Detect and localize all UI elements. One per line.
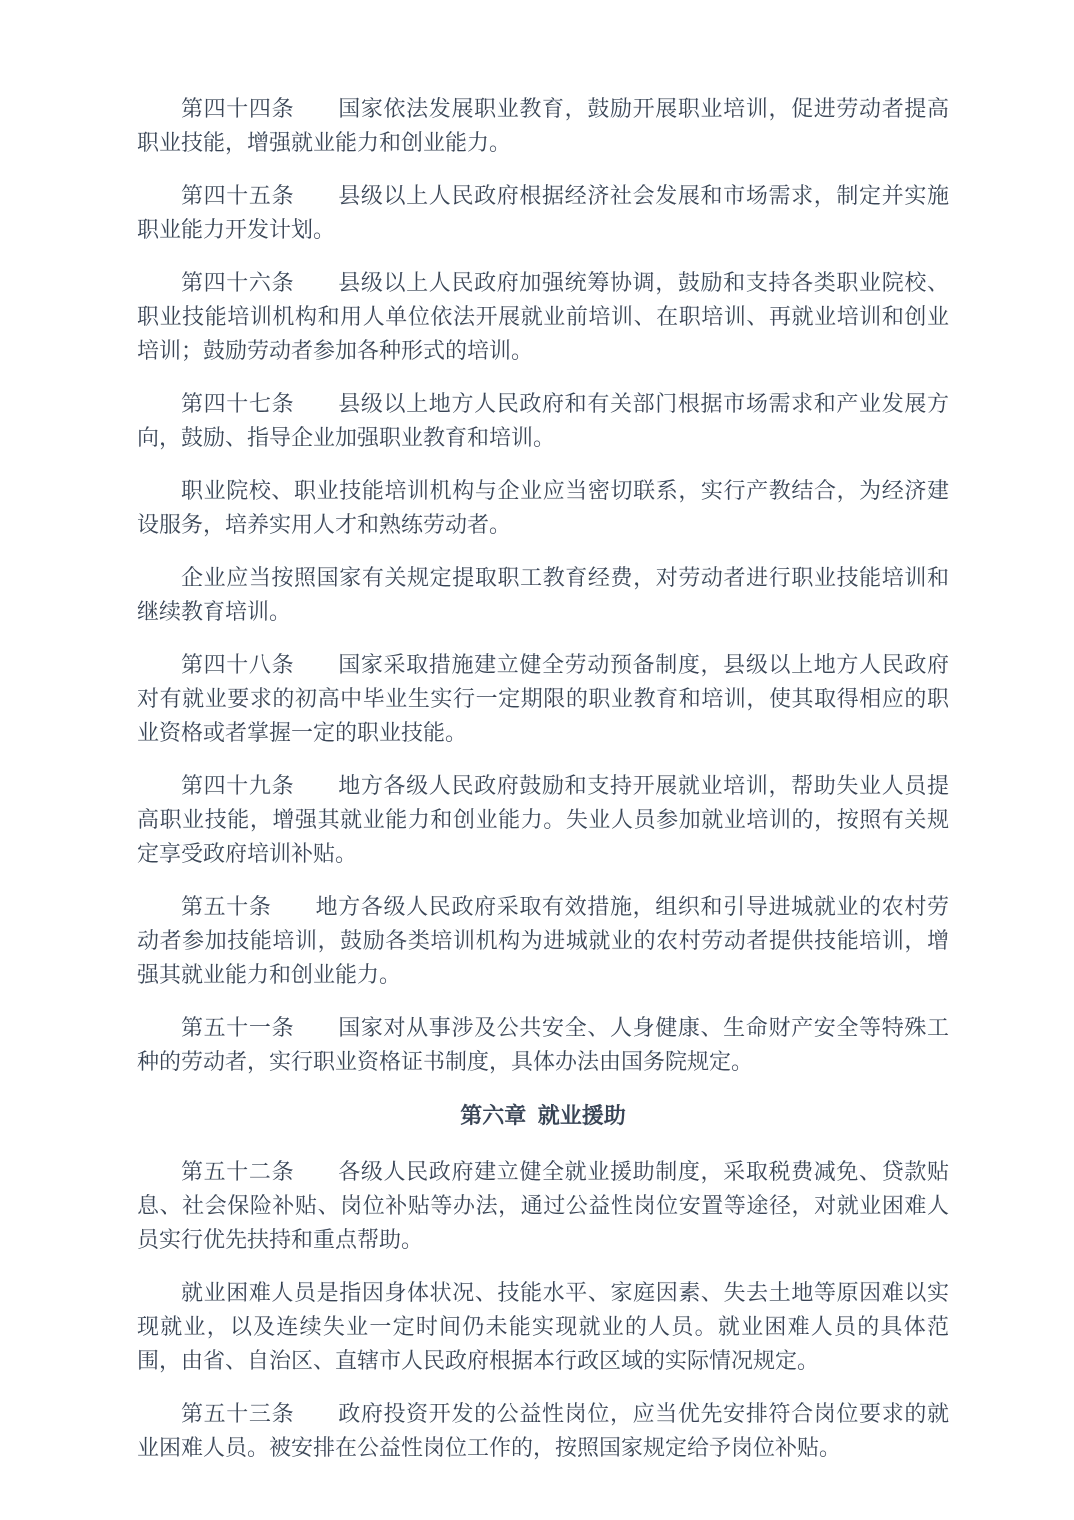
article-number: 第五十条: [181, 894, 316, 919]
article-paragraph-44: 第四十四条国家依法发展职业教育，鼓励开展职业培训，促进劳动者提高职业技能，增强就…: [137, 92, 949, 160]
continuation-paragraph: 就业困难人员是指因身体状况、技能水平、家庭因素、失去土地等原因难以实现就业，以及…: [137, 1276, 949, 1378]
article-text: 企业应当按照国家有关规定提取职工教育经费，对劳动者进行职业技能培训和继续教育培训…: [137, 565, 949, 624]
article-number: 第四十九条: [181, 773, 338, 798]
document-body: 第四十四条国家依法发展职业教育，鼓励开展职业培训，促进劳动者提高职业技能，增强就…: [137, 92, 949, 1465]
article-paragraph-52: 第五十二条各级人民政府建立健全就业援助制度，采取税费减免、贷款贴息、社会保险补贴…: [137, 1155, 949, 1257]
article-paragraph-50: 第五十条地方各级人民政府采取有效措施，组织和引导进城就业的农村劳动者参加技能培训…: [137, 890, 949, 992]
article-text: 就业困难人员是指因身体状况、技能水平、家庭因素、失去土地等原因难以实现就业，以及…: [137, 1280, 949, 1373]
chapter-heading: 第六章 就业援助: [137, 1099, 949, 1133]
article-number: 第五十二条: [181, 1159, 338, 1184]
article-paragraph-45: 第四十五条县级以上人民政府根据经济社会发展和市场需求，制定并实施职业能力开发计划…: [137, 179, 949, 247]
article-paragraph-47: 第四十七条县级以上地方人民政府和有关部门根据市场需求和产业发展方向，鼓励、指导企…: [137, 387, 949, 455]
article-number: 第五十一条: [181, 1015, 338, 1040]
article-paragraph-53: 第五十三条政府投资开发的公益性岗位，应当优先安排符合岗位要求的就业困难人员。被安…: [137, 1397, 949, 1465]
document-page: 第四十四条国家依法发展职业教育，鼓励开展职业培训，促进劳动者提高职业技能，增强就…: [0, 0, 1074, 1520]
continuation-paragraph: 职业院校、职业技能培训机构与企业应当密切联系，实行产教结合，为经济建设服务，培养…: [137, 474, 949, 542]
article-paragraph-49: 第四十九条地方各级人民政府鼓励和支持开展就业培训，帮助失业人员提高职业技能，增强…: [137, 769, 949, 871]
article-number: 第四十五条: [181, 183, 338, 208]
article-number: 第四十七条: [181, 391, 338, 416]
article-number: 第四十六条: [181, 270, 338, 295]
article-paragraph-48: 第四十八条国家采取措施建立健全劳动预备制度，县级以上地方人民政府对有就业要求的初…: [137, 648, 949, 750]
article-text: 职业院校、职业技能培训机构与企业应当密切联系，实行产教结合，为经济建设服务，培养…: [137, 478, 949, 537]
article-number: 第四十八条: [181, 652, 338, 677]
article-paragraph-51: 第五十一条国家对从事涉及公共安全、人身健康、生命财产安全等特殊工种的劳动者，实行…: [137, 1011, 949, 1079]
article-paragraph-46: 第四十六条县级以上人民政府加强统筹协调，鼓励和支持各类职业院校、职业技能培训机构…: [137, 266, 949, 368]
article-number: 第五十三条: [181, 1401, 338, 1426]
continuation-paragraph: 企业应当按照国家有关规定提取职工教育经费，对劳动者进行职业技能培训和继续教育培训…: [137, 561, 949, 629]
article-number: 第四十四条: [181, 96, 338, 121]
